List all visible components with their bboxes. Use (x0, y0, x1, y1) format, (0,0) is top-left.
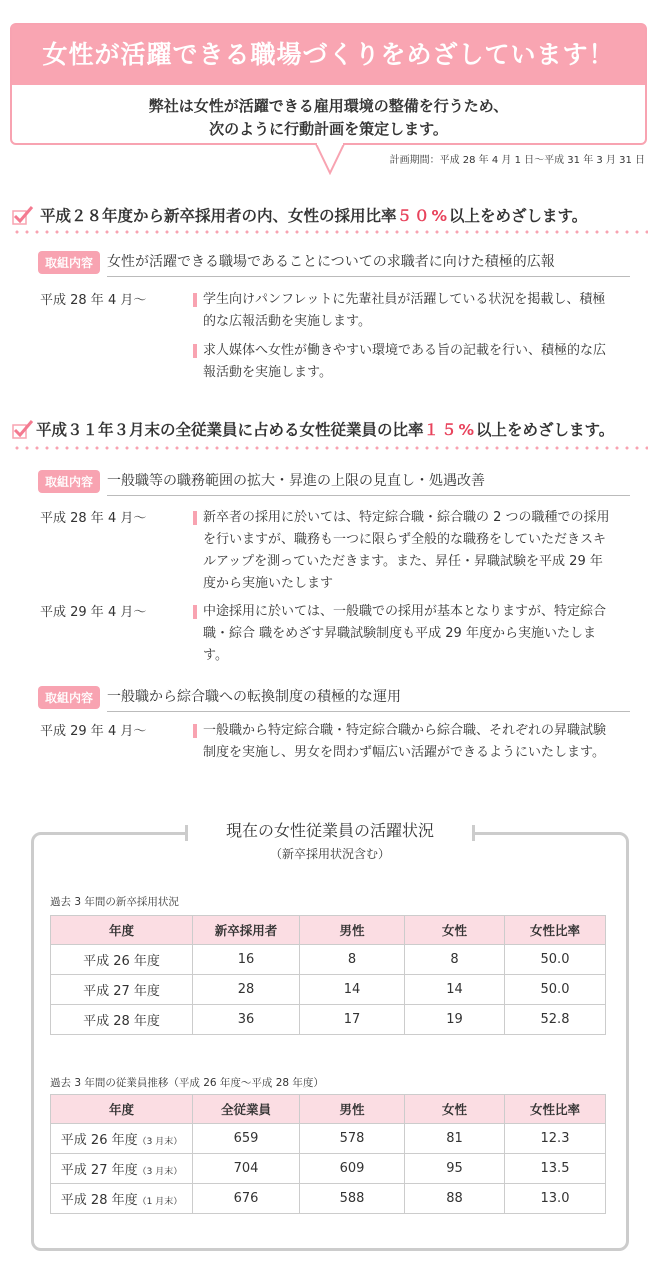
cell-year: 平成 27 年度（3 月末） (51, 1154, 193, 1184)
hero-body: 弊社は女性が活躍できる雇用環境の整備を行うため、 次のように行動計画を策定します… (12, 85, 645, 141)
year-note: （3 月末） (138, 1167, 183, 1177)
column-header: 男性 (300, 1095, 405, 1124)
column-header: 男性 (300, 916, 405, 945)
cell-value: 81 (405, 1124, 505, 1154)
hero-banner: 女性が活躍できる職場づくりをめざしています！ 弊社は女性が活躍できる雇用環境の整… (10, 23, 647, 145)
column-header: 女性比率 (505, 1095, 606, 1124)
topic-badge: 取組内容 (38, 686, 100, 709)
cell-year: 平成 28 年度（1 月末） (51, 1184, 193, 1214)
action-description: 学生向けパンフレットに先輩社員が活躍している状況を掲載し、積極的な広報活動を実施… (193, 289, 613, 333)
goal-text: 以上をめざします。 (476, 418, 614, 440)
year-note: （3 月末） (138, 1137, 183, 1147)
action-description: 新卒者の採用に於いては、特定綜合職・綜合職の 2 つの職種での採用を行いますが、… (193, 507, 613, 595)
goal-highlight: １５% (424, 418, 477, 440)
cell-value: 14 (300, 975, 405, 1005)
dotted-divider (12, 230, 648, 234)
table-row: 平成 27 年度 28 14 14 50.0 (51, 975, 606, 1005)
table-row: 平成 26 年度 16 8 8 50.0 (51, 945, 606, 975)
cell-year: 平成 27 年度 (51, 975, 193, 1005)
goal-heading: 平成３１年３月末の全従業員に占める女性従業員の比率１５%以上をめざします。 (12, 418, 614, 440)
checkmark-icon (12, 419, 34, 439)
table-caption: 過去 3 年間の新卒採用状況 (50, 894, 179, 909)
cell-value: 704 (193, 1154, 300, 1184)
action-date: 平成 29 年 4 月〜 (40, 720, 146, 739)
cell-value: 578 (300, 1124, 405, 1154)
action-date: 平成 28 年 4 月〜 (40, 507, 146, 526)
goal-text: 平成３１年３月末の全従業員に占める女性従業員の比率 (36, 418, 424, 440)
column-header: 女性 (405, 916, 505, 945)
column-header: 女性比率 (505, 916, 606, 945)
table-row: 平成 26 年度（3 月末） 659 578 81 12.3 (51, 1124, 606, 1154)
status-subtitle: （新卒採用状況含む） (0, 845, 660, 862)
cell-value: 95 (405, 1154, 505, 1184)
cell-value: 8 (300, 945, 405, 975)
new-grad-hiring-table: 年度 新卒採用者 男性 女性 女性比率 平成 26 年度 16 8 8 50.0… (50, 915, 606, 1035)
goal-heading: 平成２８年度から新卒採用者の内、女性の採用比率５０%以上をめざします。 (12, 204, 587, 226)
dotted-divider (12, 446, 648, 450)
cell-value: 17 (300, 1005, 405, 1035)
topic-title: 一般職から綜合職への転換制度の積極的な運用 (107, 682, 630, 712)
topic-title: 女性が活躍できる職場であることについての求職者に向けた積極的広報 (107, 247, 630, 277)
column-header: 年度 (51, 1095, 193, 1124)
year-note: （1 月末） (138, 1197, 183, 1207)
cell-value: 88 (405, 1184, 505, 1214)
table-row: 平成 28 年度 36 17 19 52.8 (51, 1005, 606, 1035)
hero-body-line: 弊社は女性が活躍できる雇用環境の整備を行うため、 (12, 95, 645, 118)
topic-header: 取組内容 一般職から綜合職への転換制度の積極的な運用 (38, 682, 630, 712)
topic-header: 取組内容 女性が活躍できる職場であることについての求職者に向けた積極的広報 (38, 247, 630, 277)
action-date: 平成 28 年 4 月〜 (40, 289, 146, 308)
employee-trend-table: 年度 全従業員 男性 女性 女性比率 平成 26 年度（3 月末） 659 57… (50, 1094, 606, 1214)
action-description: 求人媒体へ女性が働きやすい環境である旨の記載を行い、積極的な広報活動を実施します… (193, 340, 613, 384)
speech-tail-icon (310, 143, 350, 175)
cell-value: 13.0 (505, 1184, 606, 1214)
cell-value: 13.5 (505, 1154, 606, 1184)
cell-value: 588 (300, 1184, 405, 1214)
goal-highlight: ５０% (397, 204, 450, 226)
cell-value: 16 (193, 945, 300, 975)
cell-year: 平成 26 年度（3 月末） (51, 1124, 193, 1154)
cell-value: 19 (405, 1005, 505, 1035)
cell-value: 609 (300, 1154, 405, 1184)
cell-year: 平成 28 年度 (51, 1005, 193, 1035)
cell-value: 14 (405, 975, 505, 1005)
cell-value: 52.8 (505, 1005, 606, 1035)
column-header: 全従業員 (193, 1095, 300, 1124)
cell-value: 28 (193, 975, 300, 1005)
hero-body-line: 次のように行動計画を策定します。 (12, 118, 645, 141)
cell-year: 平成 26 年度 (51, 945, 193, 975)
cell-value: 12.3 (505, 1124, 606, 1154)
hero-title: 女性が活躍できる職場づくりをめざしています！ (12, 25, 645, 85)
table-caption: 過去 3 年間の従業員推移（平成 26 年度〜平成 28 年度） (50, 1075, 324, 1090)
year-label: 平成 28 年度 (61, 1193, 138, 1208)
topic-header: 取組内容 一般職等の職務範囲の拡大・昇進の上限の見直し・処遇改善 (38, 466, 630, 496)
plan-period: 計画期間：平成 28 年 4 月 1 日〜平成 31 年 3 月 31 日 (390, 151, 645, 166)
cell-value: 36 (193, 1005, 300, 1035)
action-description: 中途採用に於いては、一般職での採用が基本となりますが、特定綜合職・綜合 職をめざ… (193, 601, 613, 667)
topic-badge: 取組内容 (38, 470, 100, 493)
cell-value: 50.0 (505, 945, 606, 975)
column-header: 新卒採用者 (193, 916, 300, 945)
action-description: 一般職から特定綜合職・特定綜合職から綜合職、それぞれの昇職試験制度を実施し、男女… (193, 720, 613, 764)
cell-value: 50.0 (505, 975, 606, 1005)
table-header-row: 年度 全従業員 男性 女性 女性比率 (51, 1095, 606, 1124)
checkmark-icon (12, 205, 34, 225)
status-title: 現在の女性従業員の活躍状況 (0, 818, 660, 841)
year-label: 平成 27 年度 (61, 1163, 138, 1178)
topic-title: 一般職等の職務範囲の拡大・昇進の上限の見直し・処遇改善 (107, 466, 630, 496)
year-label: 平成 26 年度 (61, 1133, 138, 1148)
action-date: 平成 29 年 4 月〜 (40, 601, 146, 620)
cell-value: 8 (405, 945, 505, 975)
goal-text: 以上をめざします。 (449, 204, 587, 226)
cell-value: 659 (193, 1124, 300, 1154)
topic-badge: 取組内容 (38, 251, 100, 274)
table-row: 平成 28 年度（1 月末） 676 588 88 13.0 (51, 1184, 606, 1214)
goal-text: 平成２８年度から新卒採用者の内、女性の採用比率 (40, 204, 397, 226)
column-header: 年度 (51, 916, 193, 945)
table-header-row: 年度 新卒採用者 男性 女性 女性比率 (51, 916, 606, 945)
column-header: 女性 (405, 1095, 505, 1124)
cell-value: 676 (193, 1184, 300, 1214)
table-row: 平成 27 年度（3 月末） 704 609 95 13.5 (51, 1154, 606, 1184)
